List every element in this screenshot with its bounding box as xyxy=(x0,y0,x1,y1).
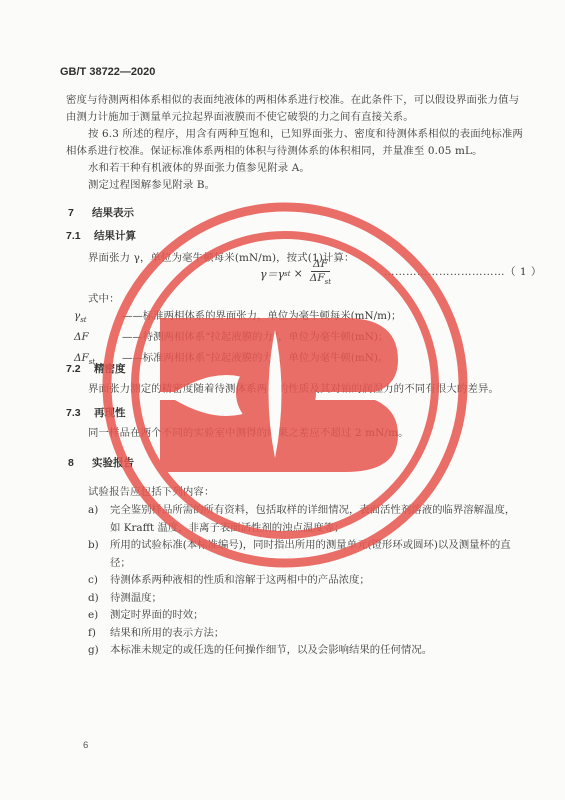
report-intro: 试验报告应包括下列内容： xyxy=(88,484,527,501)
reproducibility-text: 同一样品在两个不同的实验室中测得的结果之差应不超过 2 mN/m。 xyxy=(88,425,527,442)
section-number: 7 xyxy=(68,207,92,219)
intro-paragraph-2: 按 6.3 所述的程序，用含有两种互饱和，已知界面张力、密度和待测体系相似的表面… xyxy=(66,126,527,160)
precision-text: 界面张力测定的精密度随着待测体系两相的性质及其对铂的润湿力的不同有很大的差异。 xyxy=(88,381,527,398)
document-page: GB/T 38722—2020 密度与待测两相体系相似的表面纯液体的两相体系进行… xyxy=(0,0,565,800)
list-item: a)完全鉴别样品所需的所有资料，包括取样的详细情况，表面活性剂溶液的临界溶解温度… xyxy=(88,502,525,537)
definition-row: ΔF ——待测两相体系“拉起液膜的力”，单位为毫牛顿(mN)； xyxy=(74,329,401,350)
fraction: ΔF ΔFst xyxy=(310,258,331,289)
section-7-3-heading: 7.3再现性 xyxy=(66,405,126,420)
intro-paragraph-1: 密度与待测两相体系相似的表面纯液体的两相体系进行校准。在此条件下，可以假设界面张… xyxy=(66,92,527,126)
report-items-list: a)完全鉴别样品所需的所有资料，包括取样的详细情况，表面活性剂溶液的临界溶解温度… xyxy=(88,502,525,660)
section-number: 7.1 xyxy=(66,230,94,242)
intro-paragraph-4: 测定过程图解参见附录 B。 xyxy=(88,177,527,194)
list-item: c)待测体系两种液相的性质和溶解于这两相中的产品浓度； xyxy=(88,572,525,590)
formula-1: γ＝γst × ΔF ΔFst xyxy=(260,258,331,289)
equation-number: ……………………………（ 1 ） xyxy=(384,264,542,279)
list-item: g)本标准未规定的或任选的任何操作细节，以及会影响结果的任何情况。 xyxy=(88,642,525,660)
list-item: d)待测温度； xyxy=(88,590,525,608)
section-title: 结果表示 xyxy=(92,207,134,219)
list-item: e)测定时界面的时效； xyxy=(88,607,525,625)
where-label: 式中： xyxy=(88,291,527,308)
definition-row: γst ——标准两相体系的界面张力，单位为毫牛顿每米(mN/m)； xyxy=(74,308,401,329)
section-8-heading: 8实验报告 xyxy=(68,455,134,470)
section-7-heading: 7结果表示 xyxy=(68,205,134,220)
section-7-2-heading: 7.2精密度 xyxy=(66,361,126,376)
page-number: 6 xyxy=(83,740,88,751)
list-item: b)所用的试验标准(本标准编号)，同时指出所用的测量单元(镫形环或圆环)以及测量… xyxy=(88,537,525,572)
intro-paragraph-3: 水和若干种有机液体的界面张力值参见附录 A。 xyxy=(88,160,527,177)
list-item: f)结果和所用的表示方法； xyxy=(88,625,525,643)
standard-number: GB/T 38722—2020 xyxy=(60,66,155,78)
section-7-1-heading: 7.1结果计算 xyxy=(66,228,136,243)
section-title: 结果计算 xyxy=(94,230,136,242)
